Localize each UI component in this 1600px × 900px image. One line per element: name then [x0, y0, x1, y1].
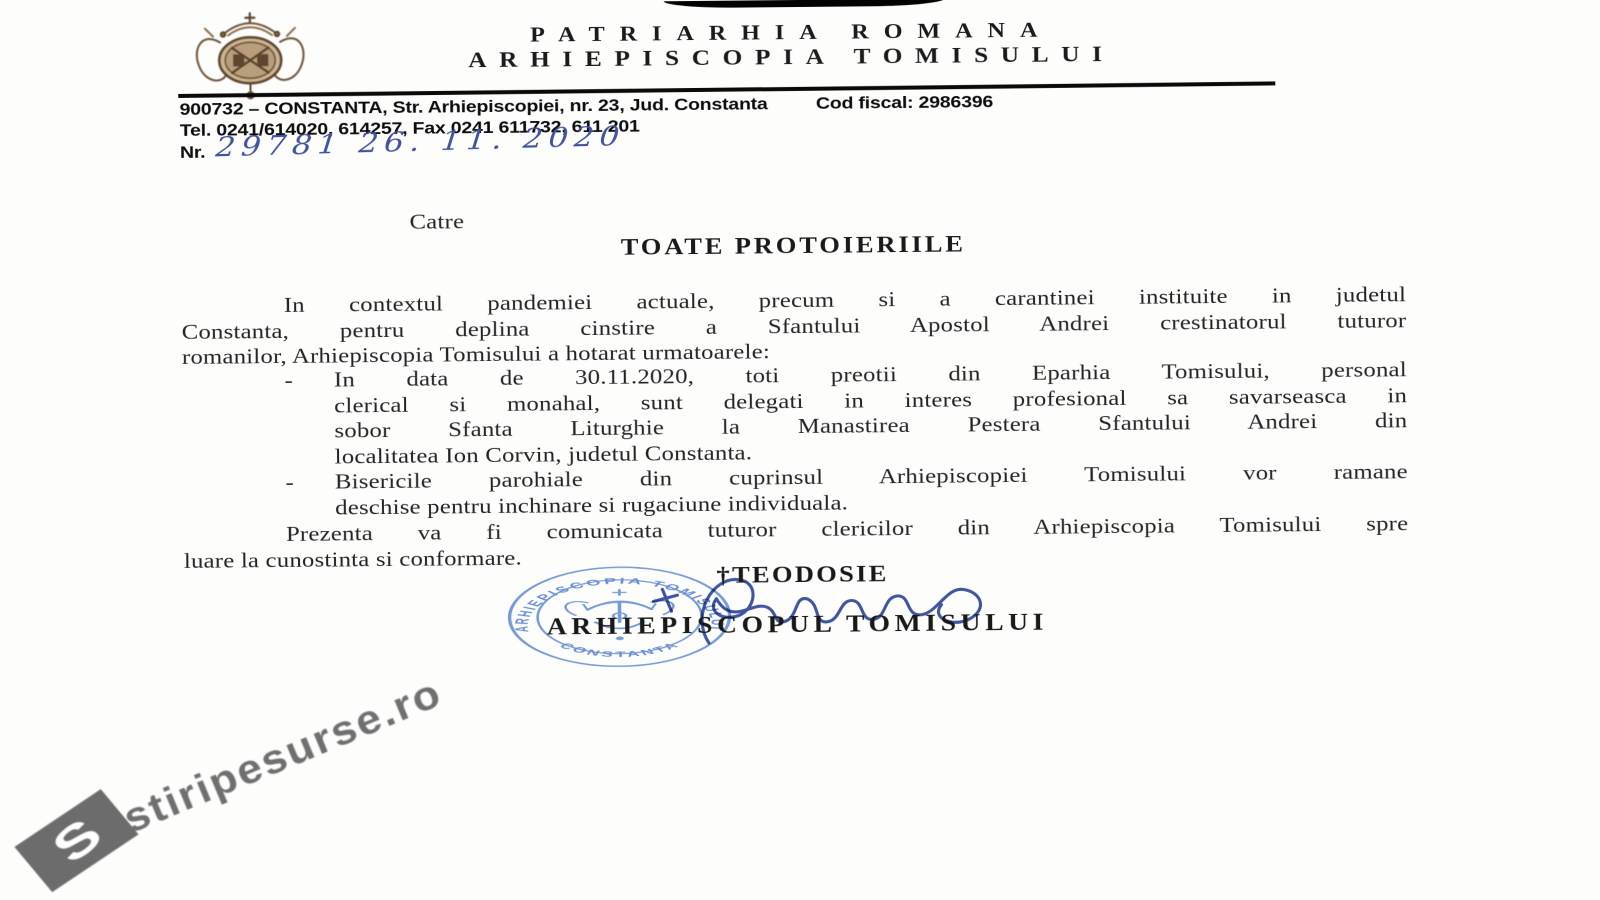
- scanned-letter-page: ARHIEPISCOPIA TOMISULUI CONSTANTA: [0, 0, 1600, 900]
- registration-number-label: Nr.: [180, 143, 206, 163]
- salutation: Catre: [409, 209, 464, 235]
- signatory-title: ARHIEPISCOPUL TOMISULUI: [547, 610, 1048, 642]
- bullet-item-liturgy: - In data de 30.11.2020, toti preotii di…: [334, 357, 1408, 469]
- bullet-marker: -: [284, 368, 293, 394]
- address-text: 900732 – CONSTANTA, Str. Arhiepiscopiei,…: [179, 94, 767, 119]
- paragraph-intro: In contextul pandemiei actuale, precum s…: [181, 282, 1406, 370]
- signatory-name: †TEODOSIE: [716, 561, 888, 589]
- letterhead-address-line: 900732 – CONSTANTA, Str. Arhiepiscopiei,…: [179, 92, 993, 120]
- fiscal-code: Cod fiscal: 2986396: [816, 92, 993, 113]
- watermark-logo-letter: S: [42, 811, 110, 870]
- bullet-marker: -: [285, 470, 294, 496]
- bullet-item-parishes: - Bisericile parohiale din cuprinsul Arh…: [335, 459, 1408, 520]
- addressee-title: TOATE PROTOIERIILE: [181, 227, 1406, 265]
- scan-skew-layer: ARHIEPISCOPIA TOMISULUI CONSTANTA: [0, 0, 1600, 900]
